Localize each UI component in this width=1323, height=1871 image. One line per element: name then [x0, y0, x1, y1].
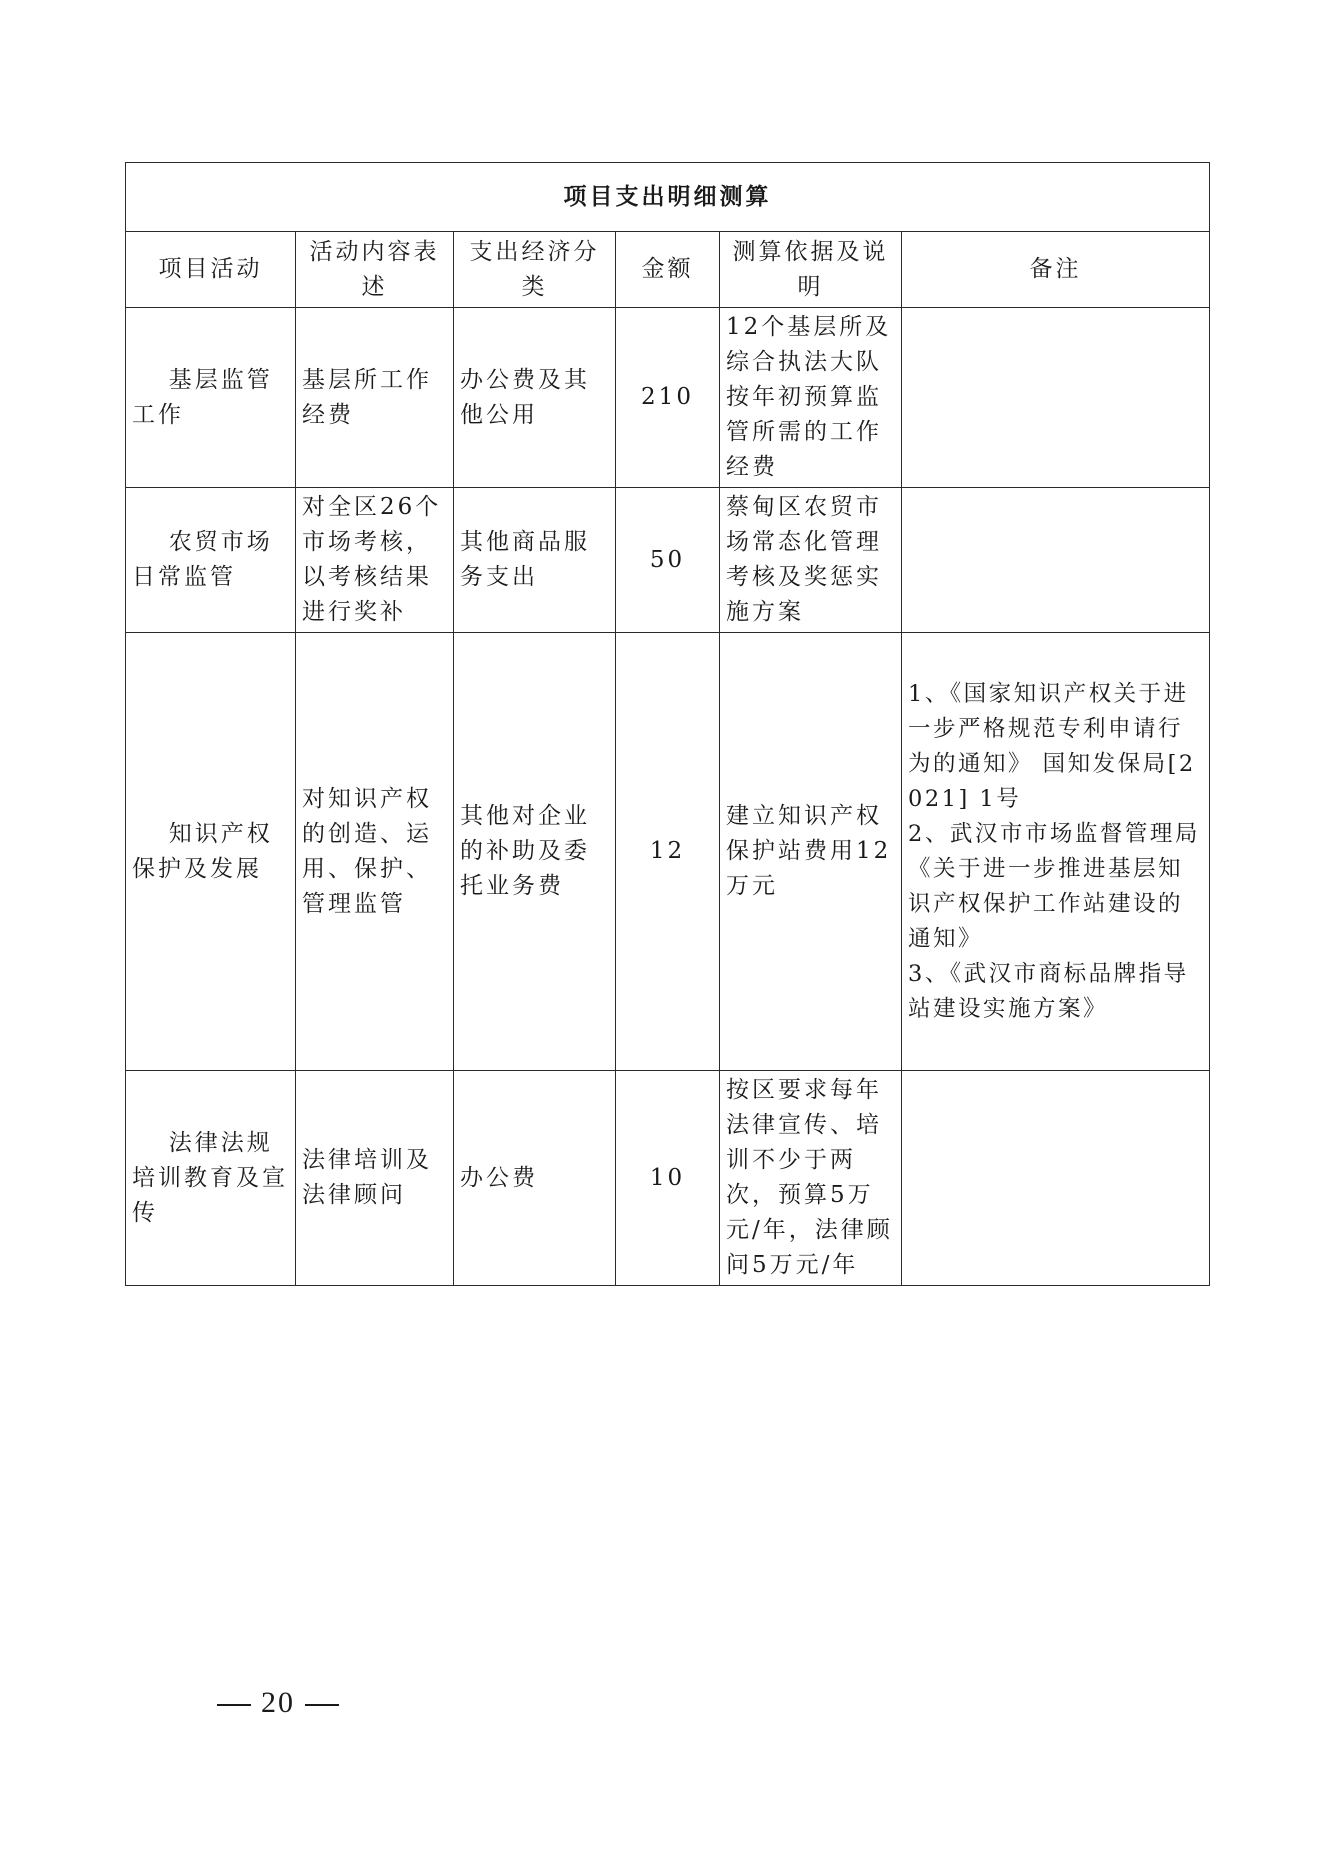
cell-content: 基层所工作经费: [296, 308, 454, 488]
cell-amount: 210: [616, 308, 720, 488]
table-row: 知识产权保护及发展 对知识产权的创造、运用、保护、管理监管 其他对企业的补助及委…: [126, 633, 1210, 1071]
cell-basis: 12个基层所及综合执法大队按年初预算监管所需的工作经费: [720, 308, 902, 488]
page-number-value: 20: [261, 1686, 295, 1719]
note-line: 1、《国家知识产权关于进一步严格规范专利申请行为的通知》 国知发保局[2021]…: [908, 677, 1203, 817]
cell-category: 其他对企业的补助及委托业务费: [454, 633, 616, 1071]
cell-note: [902, 308, 1210, 488]
cell-activity: 知识产权保护及发展: [126, 633, 296, 1071]
header-amount: 金额: [616, 232, 720, 308]
table-title: 项目支出明细测算: [126, 163, 1210, 232]
cell-category: 其他商品服务支出: [454, 488, 616, 633]
dash-left: [217, 1704, 251, 1706]
page-number: 20: [207, 1686, 349, 1720]
cell-basis: 建立知识产权保护站费用12万元: [720, 633, 902, 1071]
cell-activity: 法律法规培训教育及宣传: [126, 1071, 296, 1286]
note-line: 3、《武汉市商标品牌指导站建设实施方案》: [908, 957, 1203, 1027]
expenditure-detail-table: 项目支出明细测算 项目活动 活动内容表述 支出经济分类 金额 测算依据及说明 备…: [125, 162, 1210, 1286]
table-row: 法律法规培训教育及宣传 法律培训及法律顾问 办公费 10 按区要求每年法律宣传、…: [126, 1071, 1210, 1286]
header-activity: 项目活动: [126, 232, 296, 308]
table-row: 基层监管工作 基层所工作经费 办公费及其他公用 210 12个基层所及综合执法大…: [126, 308, 1210, 488]
note-line: 2、武汉市市场监督管理局《关于进一步推进基层知识产权保护工作站建设的通知》: [908, 817, 1203, 957]
cell-amount: 12: [616, 633, 720, 1071]
header-content: 活动内容表述: [296, 232, 454, 308]
cell-content: 对全区26个市场考核，以考核结果进行奖补: [296, 488, 454, 633]
cell-category: 办公费: [454, 1071, 616, 1286]
header-note: 备注: [902, 232, 1210, 308]
cell-note: [902, 1071, 1210, 1286]
header-category: 支出经济分类: [454, 232, 616, 308]
cell-basis: 蔡甸区农贸市场常态化管理考核及奖惩实施方案: [720, 488, 902, 633]
cell-basis: 按区要求每年法律宣传、培训不少于两次，预算5万元/年，法律顾问5万元/年: [720, 1071, 902, 1286]
cell-content: 对知识产权的创造、运用、保护、管理监管: [296, 633, 454, 1071]
header-row: 项目活动 活动内容表述 支出经济分类 金额 测算依据及说明 备注: [126, 232, 1210, 308]
cell-activity: 农贸市场日常监管: [126, 488, 296, 633]
cell-category: 办公费及其他公用: [454, 308, 616, 488]
cell-content: 法律培训及法律顾问: [296, 1071, 454, 1286]
header-basis: 测算依据及说明: [720, 232, 902, 308]
cell-amount: 10: [616, 1071, 720, 1286]
dash-right: [305, 1704, 339, 1706]
cell-note: [902, 488, 1210, 633]
cell-note: 1、《国家知识产权关于进一步严格规范专利申请行为的通知》 国知发保局[2021]…: [902, 633, 1210, 1071]
table-row: 农贸市场日常监管 对全区26个市场考核，以考核结果进行奖补 其他商品服务支出 5…: [126, 488, 1210, 633]
cell-activity: 基层监管工作: [126, 308, 296, 488]
cell-amount: 50: [616, 488, 720, 633]
